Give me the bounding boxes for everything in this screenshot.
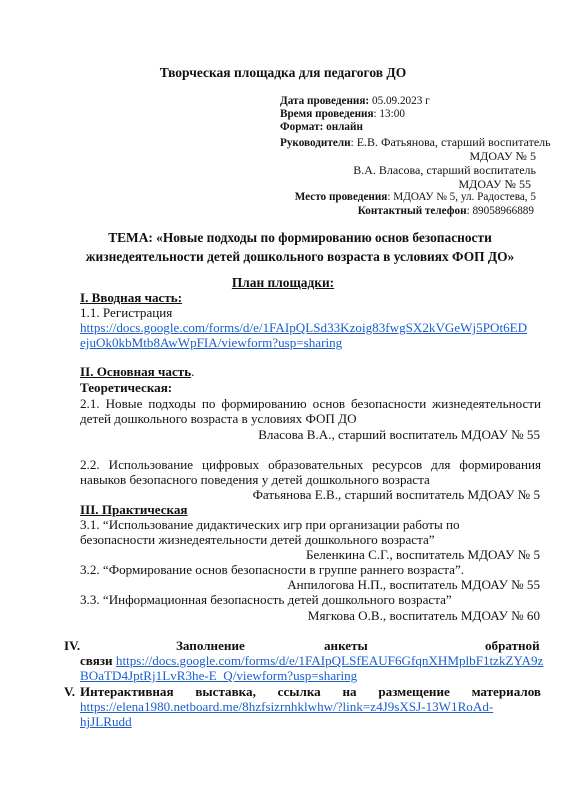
section4-line2: связи https://docs.google.com/forms/d/e/… (80, 653, 543, 669)
section5-numeral: V. (64, 684, 75, 700)
section4-word4: связи (80, 653, 113, 668)
meta-time: Время проведения: 13:00 (280, 108, 405, 120)
leaders-label: Руководители (280, 137, 351, 149)
section4-word1: Заполнение (176, 638, 245, 654)
meta-format: Формат: онлайн (280, 121, 363, 133)
item-3-1-line2: безопасности жизнедеятельности детей дош… (80, 532, 435, 548)
meta-date: Дата проведения: 05.09.2023 г (280, 95, 430, 107)
time-value: : 13:00 (374, 108, 405, 120)
feedback-link-cont[interactable]: BOaTD4JptRj1LvR3he-E_Q/viewform?usp=shar… (80, 668, 357, 683)
leader2-line1: В.А. Власова, старший воспитатель (353, 163, 536, 178)
section2-heading-dot: . (191, 364, 194, 379)
item-3-2-line1: 3.2. “Формирование основ безопасности в … (80, 562, 464, 578)
leader2-line2: МДОАУ № 55 (459, 177, 531, 192)
section5-text: Интерактивная выставка, ссылка на размещ… (80, 684, 541, 700)
date-value: 05.09.2023 г (369, 95, 430, 107)
registration-link[interactable]: https://docs.google.com/forms/d/e/1FAIpQ… (80, 320, 527, 335)
item-3-1-line1: 3.1. “Использование дидактических игр пр… (80, 517, 460, 533)
document-title: Творческая площадка для педагогов ДО (0, 65, 566, 81)
item-1-1: 1.1. Регистрация (80, 305, 172, 321)
section3-heading: III. Практическая (80, 502, 188, 518)
section4-word2: анкеты (324, 638, 368, 654)
item-3-3-line1: 3.3. “Информационная безопасность детей … (80, 592, 452, 608)
item-2-1-line1: 2.1. Новые подходы по формированию основ… (80, 396, 541, 412)
place-label: Место проведения (295, 191, 388, 203)
phone-value: : 89058966889 (467, 205, 534, 217)
meta-phone: Контактный телефон: 89058966889 (358, 205, 534, 217)
registration-link-cont[interactable]: ejuOk0kbMtb8AwWpFIA/viewform?usp=sharing (80, 335, 342, 350)
theme-heading: ТЕМА: «Новые подходы по формированию осн… (60, 228, 540, 266)
registration-link-line1[interactable]: https://docs.google.com/forms/d/e/1FAIpQ… (80, 320, 527, 336)
phone-label: Контактный телефон (358, 205, 467, 217)
item-2-2-line1: 2.2. Использование цифровых образователь… (80, 457, 541, 473)
plan-heading-text: План площадки: (232, 275, 334, 290)
item-2-1-author: Власова В.А., старший воспитатель МДОАУ … (258, 427, 540, 443)
exhibition-link-line2[interactable]: hjJLRudd (80, 714, 132, 730)
item-2-2-author: Фатьянова Е.В., старший воспитатель МДОА… (253, 487, 540, 503)
section2-heading-text: II. Основная часть (80, 364, 191, 379)
registration-link-line2[interactable]: ejuOk0kbMtb8AwWpFIA/viewform?usp=sharing (80, 335, 342, 351)
time-label: Время проведения (280, 108, 374, 120)
meta-place: Место проведения: МДОАУ № 5, ул. Радосте… (295, 191, 536, 203)
section2-subheading: Теоретическая: (80, 380, 172, 396)
section2-heading: II. Основная часть. (80, 364, 194, 380)
feedback-link[interactable]: https://docs.google.com/forms/d/e/1FAIpQ… (116, 653, 543, 668)
exhibition-link-cont[interactable]: hjJLRudd (80, 714, 132, 729)
leader1-line1: Е.В. Фатьянова, старший воспитатель (354, 135, 551, 149)
item-3-1-author: Беленкина С.Г., воспитатель МДОАУ № 5 (306, 547, 540, 563)
feedback-link-line2[interactable]: BOaTD4JptRj1LvR3he-E_Q/viewform?usp=shar… (80, 668, 357, 684)
section4-word3: обратной (485, 638, 540, 654)
theme-line2: жизнедеятельности детей дошкольного возр… (60, 247, 540, 266)
meta-leaders: Руководители: Е.В. Фатьянова, старший во… (280, 135, 551, 150)
plan-heading: План площадки: (0, 275, 566, 291)
item-2-2-line2: навыков безопасного поведения у детей до… (80, 472, 430, 488)
item-2-1-line2: детей дошкольного возраста в условиях ФО… (80, 411, 357, 427)
place-value: : МДОАУ № 5, ул. Радостева, 5 (387, 191, 536, 203)
item-3-2-author: Анпилогова Н.П., воспитатель МДОАУ № 55 (287, 577, 540, 593)
item-3-3-author: Мягкова О.В., воспитатель МДОАУ № 60 (308, 608, 540, 624)
document-page: Творческая площадка для педагогов ДО Дат… (0, 0, 566, 800)
section4-numeral: IV. (64, 638, 80, 654)
date-label: Дата проведения: (280, 95, 369, 107)
theme-line1: ТЕМА: «Новые подходы по формированию осн… (60, 228, 540, 247)
leader1-line2: МДОАУ № 5 (470, 149, 536, 164)
section1-heading: I. Вводная часть: (80, 290, 182, 306)
exhibition-link-line1[interactable]: https://elena1980.netboard.me/8hzfsizrnh… (80, 699, 493, 715)
exhibition-link[interactable]: https://elena1980.netboard.me/8hzfsizrnh… (80, 699, 493, 714)
